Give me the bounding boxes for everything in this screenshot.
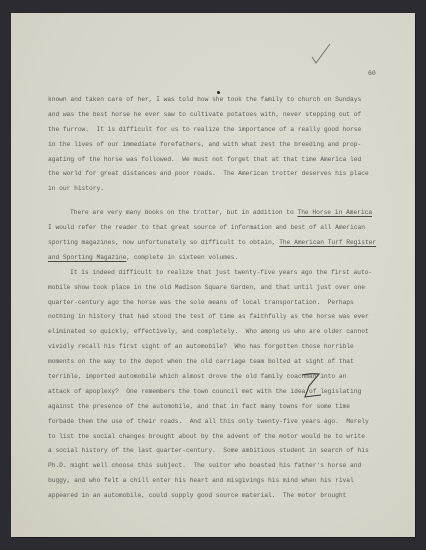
text-line: mobile show took place in the old Madiso…: [48, 281, 398, 296]
text-line: I would refer the reader to that great s…: [48, 221, 398, 236]
text-segment: sporting magazines, now unfortunately so…: [48, 239, 279, 246]
paragraph-gap: [48, 197, 398, 206]
text-line: vividly recall his first sight of an aut…: [48, 340, 398, 355]
text-line: a social history of the last quarter-cen…: [48, 444, 398, 459]
text-line: attack of apoplexy? One remembers the to…: [48, 385, 398, 400]
handwritten-z-mark-icon: [300, 372, 322, 400]
text-line: buggy, and who felt a chill enter his he…: [48, 474, 398, 489]
ink-speck: [217, 91, 220, 94]
text-line: There are very many books on the trotter…: [48, 206, 398, 221]
text-line: terrible, imported automobile which almo…: [48, 370, 398, 385]
text-line: agating of the horse was followed. We mu…: [48, 153, 398, 168]
text-line: known and taken care of her, I was told …: [48, 93, 398, 108]
text-line: and was the best horse he ever saw to cu…: [48, 108, 398, 123]
text-line: against the presence of the automobile, …: [48, 400, 398, 415]
text-line: to list the social changes brought about…: [48, 430, 398, 445]
text-line: in our history.: [48, 182, 398, 197]
text-line: eliminated so quickly, effectively, and …: [48, 325, 398, 340]
text-line: the world for great distances and poor r…: [48, 167, 398, 182]
typewritten-body: known and taken care of her, I was told …: [48, 93, 398, 504]
document-page: 60 known and taken care of her, I was to…: [11, 13, 415, 537]
text-line: in the lives of our immediate forefather…: [48, 138, 398, 153]
text-line: forbade them the use of their roads. And…: [48, 415, 398, 430]
text-line: sporting magazines, now unfortunately so…: [48, 236, 398, 251]
text-line: appeared in an automobile, could supply …: [48, 489, 398, 504]
text-line: the furrow. It is difficult for us to re…: [48, 123, 398, 138]
text-line: nothing in history that had stood the te…: [48, 310, 398, 325]
text-line: moments on the way to the depot when the…: [48, 355, 398, 370]
book-title-turf-register: The American Turf Register: [279, 239, 376, 246]
text-segment: , complete in sixteen volumes.: [126, 254, 238, 261]
check-mark-icon: [311, 43, 331, 65]
book-title-sporting-magazine: and Sporting Magazine: [48, 254, 126, 261]
book-title-horse-in-america: The Horse in America: [297, 209, 372, 216]
text-line: quarter-century ago the horse was the so…: [48, 296, 398, 311]
page-number: 60: [368, 70, 376, 77]
text-line: Ph.D. might well choose this subject. Th…: [48, 459, 398, 474]
text-line: and Sporting Magazine, complete in sixte…: [48, 251, 398, 266]
text-segment: There are very many books on the trotter…: [70, 209, 297, 216]
text-line: It is indeed difficult to realize that j…: [48, 266, 398, 281]
